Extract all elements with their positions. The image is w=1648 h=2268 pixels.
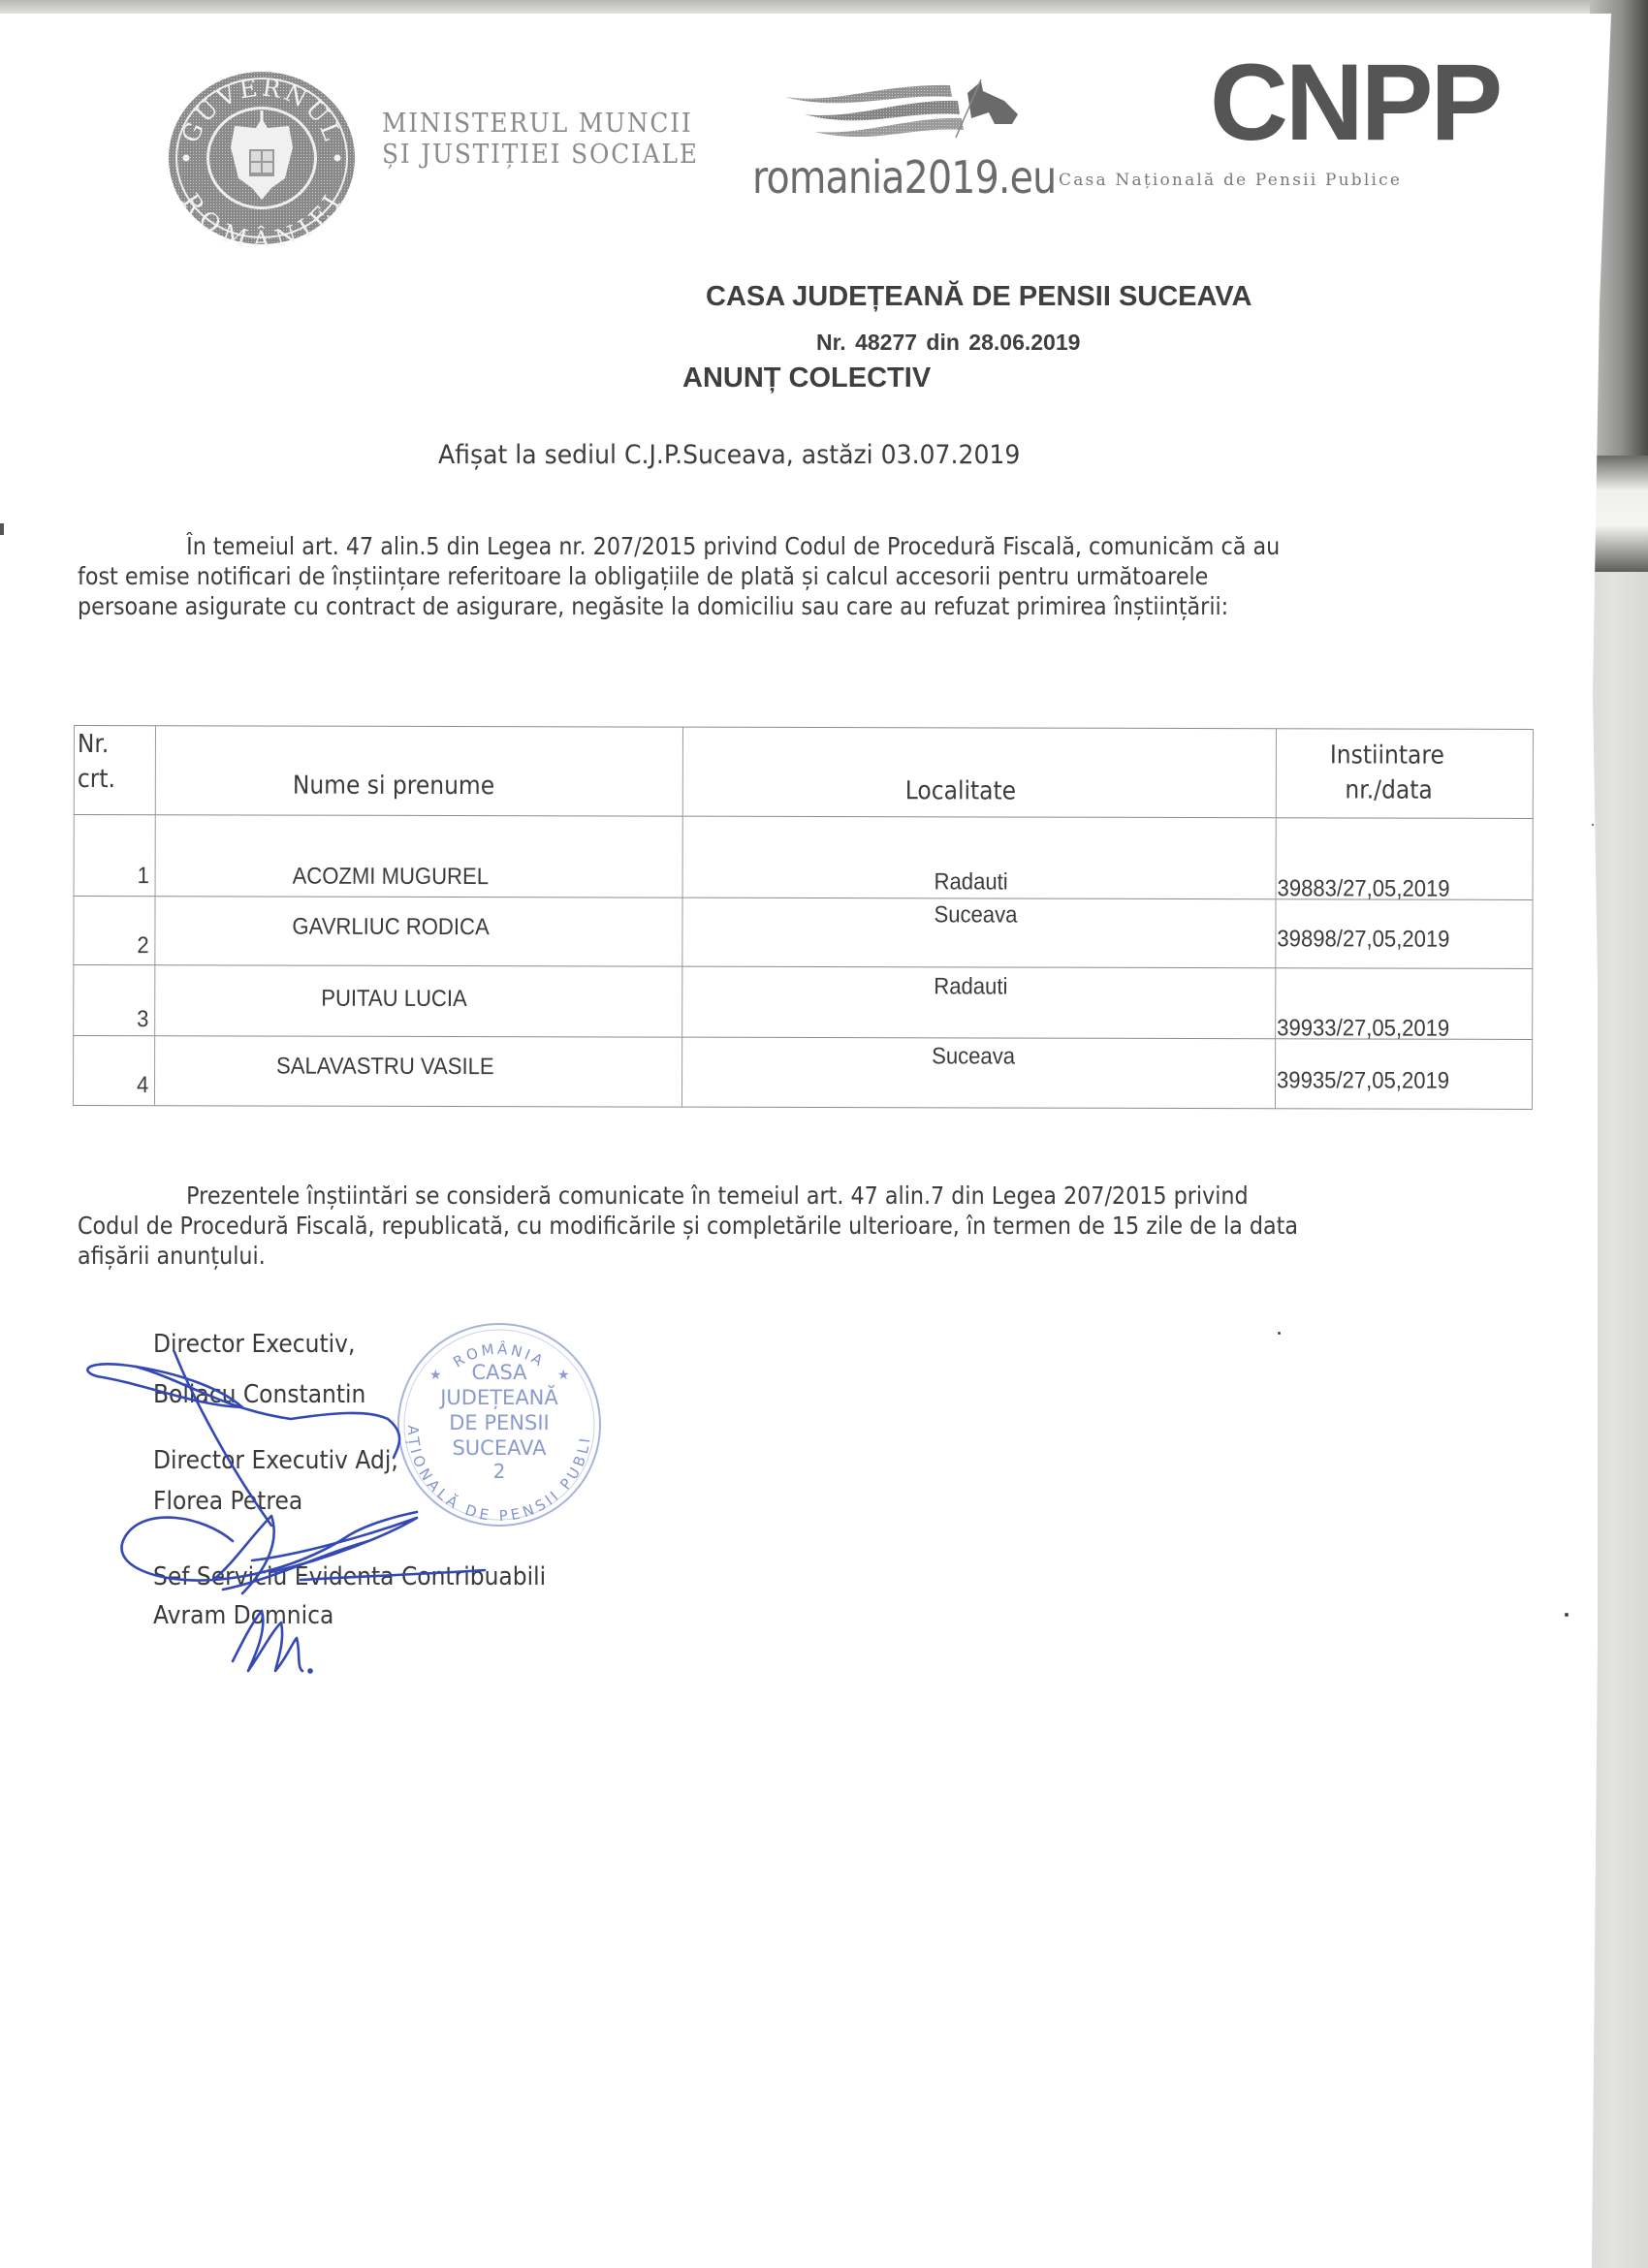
notices-table: Nr. crt. Nume si prenume Localitate Inst… [73,725,1534,1117]
intro-line-3: persoane asigurate cu contract de asigur… [78,591,1389,621]
row-1-nr: 1 [138,863,149,890]
row-1-notice: 39883/27,05,2019 [1278,875,1450,902]
row-4-locality: Suceava [932,1043,1015,1070]
row-4-name: SALAVASTRU VASILE [276,1054,494,1082]
row-2-notice: 39898/27,05,2019 [1277,926,1449,953]
row-4-nr: 4 [137,1072,148,1099]
document-reference: Nr. 48277 din 28.06.2019 [816,330,1080,356]
ministry-name: MINISTERUL MUNCII ȘI JUSTIȚIEI SOCIALE [382,109,699,171]
closing-line-3: afișării anunțului. [78,1241,1389,1271]
ministry-line-1: MINISTERUL MUNCII [382,109,699,140]
row-1-name: ACOZMI MUGUREL [293,864,489,892]
intro-paragraph: În temeiul art. 47 alin.5 din Legea nr. … [78,531,1551,621]
scanner-top-edge [0,0,1648,16]
intro-line-1: În temeiul art. 47 alin.5 din Legea nr. … [78,531,1389,561]
row-3-notice: 39933/27,05,2019 [1277,1015,1449,1042]
government-seal-icon: GUVERNUL ROMÂNIEI [167,70,357,246]
romania2019-wordmark: romania2019.eu [752,151,1056,204]
row-4-notice: 39935/27,05,2019 [1277,1067,1449,1094]
header-locality: Localitate [905,773,1016,808]
scanner-background-band [1590,456,1648,572]
handwritten-signatures-icon [78,1351,640,1681]
intro-line-2: fost emise notificari de înștiințare ref… [78,561,1389,591]
romania2019-wave-logo-icon [776,76,1032,153]
row-3-name: PUITAU LUCIA [321,986,467,1013]
row-3-nr: 3 [137,1006,148,1033]
row-3-locality: Radauti [934,973,1007,1000]
document-title: ANUNȚ COLECTIV [682,362,931,394]
scanned-page: GUVERNUL ROMÂNIEI MINISTERUL MUNCII ȘI J… [0,14,1611,2268]
header-nr: Nr. crt. [78,727,115,797]
closing-line-1: Prezentele înștiintări se consideră comu… [78,1181,1389,1211]
row-2-locality: Suceava [934,901,1017,929]
closing-line-2: Codul de Procedură Fiscală, republicată,… [78,1211,1389,1241]
scan-speck [1278,1332,1281,1335]
scan-edge-mark [0,523,4,535]
header-notice: Instiintare nr./data [1330,738,1444,807]
closing-paragraph: Prezentele înștiintări se consideră comu… [78,1181,1551,1271]
scan-speck [1592,824,1594,826]
cnpp-logo: CNPP [1210,48,1500,157]
posted-notice: Afișat la sediul C.J.P.Suceava, astăzi 0… [438,440,1020,470]
header-name: Nume si prenume [293,769,494,804]
row-1-locality: Radauti [935,868,1008,896]
row-2-name: GAVRLIUC RODICA [292,914,489,942]
institution-title: CASA JUDEȚEANĂ DE PENSII SUCEAVA [706,281,1252,313]
row-2-nr: 2 [137,932,148,960]
scan-speck [1565,1613,1569,1617]
ministry-line-2: ȘI JUSTIȚIEI SOCIALE [382,140,699,171]
cnpp-full-name: Casa Națională de Pensii Publice [1059,171,1402,190]
